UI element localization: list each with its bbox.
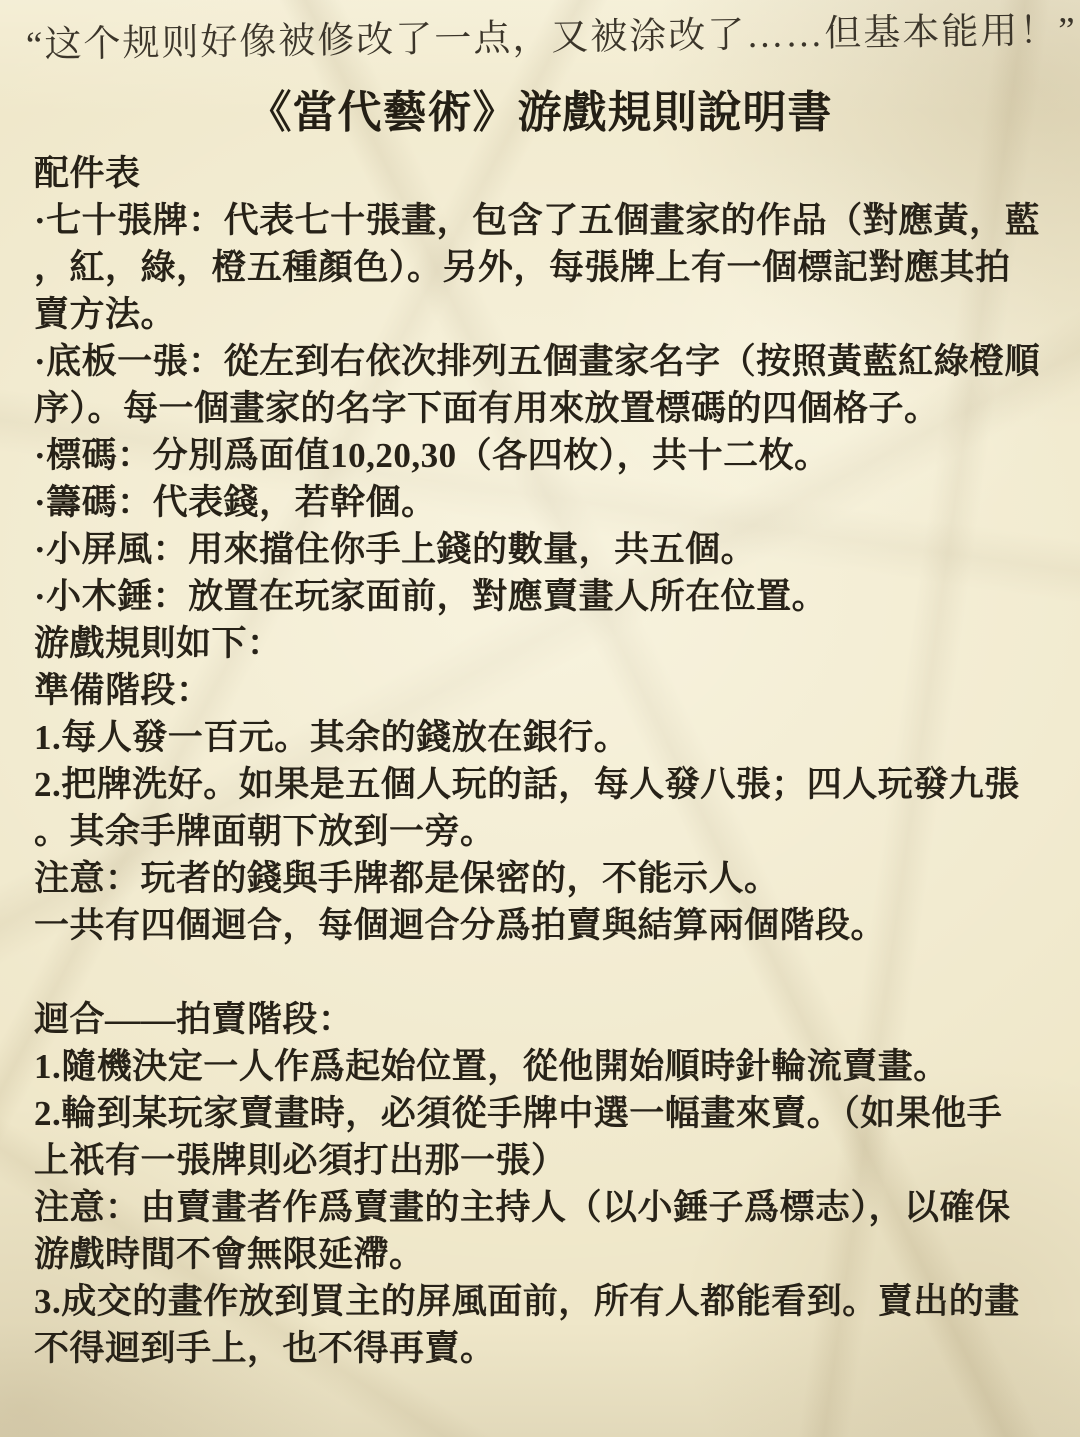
rule-line: ·籌碼：代表錢，若幹個。 (34, 479, 1048, 526)
blank-line (34, 949, 1048, 996)
rule-line: ·小屏風：用來擋住你手上錢的數量，共五個。 (34, 526, 1048, 573)
rule-line: 注意：由賣畫者作爲賣畫的主持人（以小錘子爲標志），以確保 (34, 1184, 1048, 1231)
rule-line: 上祇有一張牌則必須打出那一張） (34, 1137, 1048, 1184)
rule-line: ·標碼：分別爲面值10,20,30（各四枚），共十二枚。 (34, 432, 1048, 479)
section-heading-setup: 準備階段： (34, 667, 1048, 714)
rule-line: 一共有四個迴合，每個迴合分爲拍賣與結算兩個階段。 (34, 902, 1048, 949)
rule-line: ·底板一張：從左到右依次排列五個畫家名字（按照黃藍紅綠橙順 (34, 338, 1048, 385)
section-heading-components: 配件表 (34, 150, 1048, 197)
rule-line: 。其余手牌面朝下放到一旁。 (34, 808, 1048, 855)
section-heading-rules: 游戲規則如下： (34, 620, 1048, 667)
rule-line: 賣方法。 (34, 291, 1048, 338)
rule-line: 序）。每一個畫家的名字下面有用來放置標碼的四個格子。 (34, 385, 1048, 432)
rule-line: ，紅，綠，橙五種顏色）。另外，每張牌上有一個標記對應其拍 (34, 244, 1048, 291)
document-title: 《當代藝術》游戲規則說明書 (0, 84, 1080, 142)
section-heading-auction: 迴合——拍賣階段： (34, 996, 1048, 1043)
rule-line: 3.成交的畫作放到買主的屏風面前，所有人都能看到。賣出的畫 (34, 1278, 1048, 1325)
rule-line: 2.輪到某玩家賣畫時，必須從手牌中選一幅畫來賣。（如果他手 (34, 1090, 1048, 1137)
rule-line: ·七十張牌：代表七十張畫，包含了五個畫家的作品（對應黃，藍 (34, 197, 1048, 244)
rule-line: 注意：玩者的錢與手牌都是保密的，不能示人。 (34, 855, 1048, 902)
rule-line: 1.隨機決定一人作爲起始位置，從他開始順時針輪流賣畫。 (34, 1043, 1048, 1090)
rule-line: 2.把牌洗好。如果是五個人玩的話，每人發八張；四人玩發九張 (34, 761, 1048, 808)
rule-line: 游戲時間不會無限延滯。 (34, 1231, 1048, 1278)
rules-text: 配件表 ·七十張牌：代表七十張畫，包含了五個畫家的作品（對應黃，藍 ，紅，綠，橙… (34, 150, 1048, 1372)
rule-line: 不得迴到手上，也不得再賣。 (34, 1325, 1048, 1372)
handwritten-note: “这个规则好像被修改了一点，又被涂改了……但基本能用！” (26, 6, 1027, 72)
rule-line: ·小木錘：放置在玩家面前，對應賣畫人所在位置。 (34, 573, 1048, 620)
rule-line: 1.每人發一百元。其余的錢放在銀行。 (34, 714, 1048, 761)
paper-background: “这个规则好像被修改了一点，又被涂改了……但基本能用！” 《當代藝術》游戲規則說… (0, 0, 1080, 1437)
